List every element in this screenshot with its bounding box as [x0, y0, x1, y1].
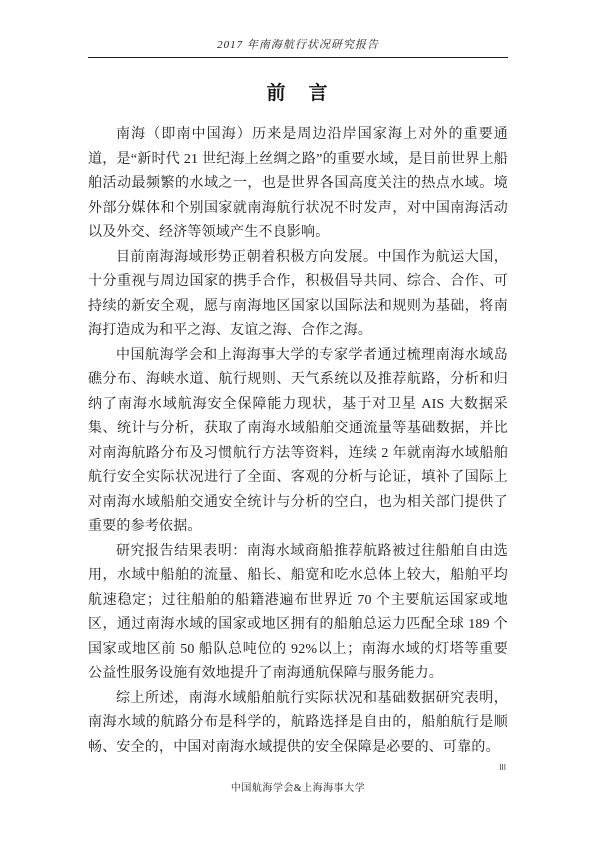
page-footer: 中国航海学会&上海海事大学 — [0, 779, 596, 794]
paragraph-1: 南海（即南中国海）历来是周边沿岸国家海上对外的重要通道，是“新时代 21 世纪海… — [88, 123, 508, 246]
document-page: 2017 年南海航行状况研究报告 前 言 南海（即南中国海）历来是周边沿岸国家海… — [0, 0, 596, 843]
paragraph-4: 研究报告结果表明：南海水域商船推荐航路被过往船舶自由选用，水域中船舶的流量、船长… — [88, 540, 508, 687]
report-title: 2017 年南海航行状况研究报告 — [88, 36, 508, 52]
section-title: 前 言 — [88, 78, 508, 105]
page-header: 2017 年南海航行状况研究报告 — [88, 36, 508, 58]
paragraph-3: 中国航海学会和上海海事大学的专家学者通过梳理南海水域岛礁分布、海峡水道、航行规则… — [88, 344, 508, 540]
paragraph-5: 综上所述，南海水域船舶航行实际状况和基础数据研究表明，南海水域的航路分布是科学的… — [88, 687, 508, 761]
paragraph-2: 目前南海海域形势正朝着积极方向发展。中国作为航运大国，十分重视与周边国家的携手合… — [88, 246, 508, 344]
document-body: 南海（即南中国海）历来是周边沿岸国家海上对外的重要通道，是“新时代 21 世纪海… — [88, 123, 508, 760]
page-number: III — [499, 763, 506, 772]
